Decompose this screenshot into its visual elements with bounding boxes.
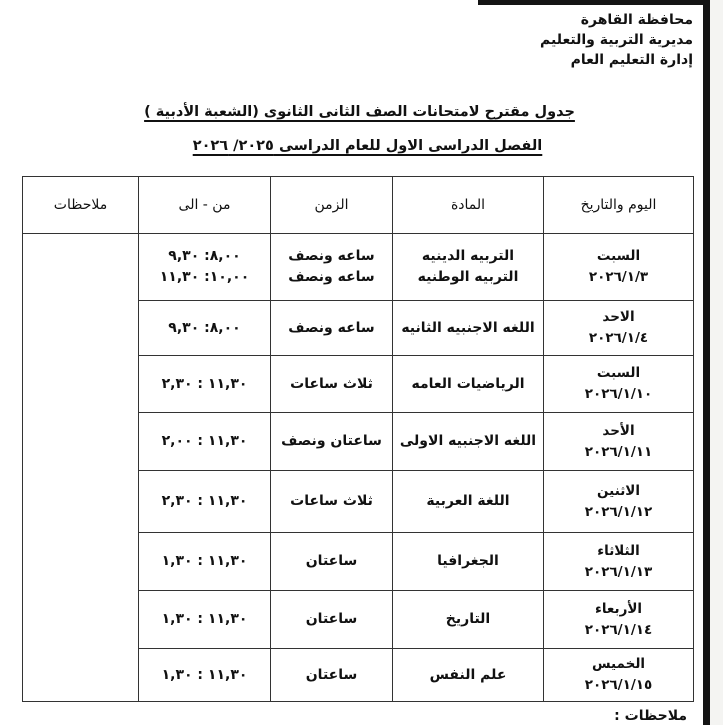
table-header-row: اليوم والتاريخ المادة الزمن من - الى ملا…: [23, 177, 694, 234]
subject-cell: الرياضيات العامه: [393, 356, 544, 413]
time-cell: ١١,٣٠ : ٢,٠٠: [139, 413, 271, 471]
header-notes: ملاحظات: [23, 177, 139, 234]
time-cell: ١١,٣٠ : ٢,٣٠: [139, 471, 271, 533]
day-date-cell: الثلاثاء ٢٠٢٦/١/١٣: [544, 533, 694, 591]
notes-cell: [23, 234, 139, 702]
exam-schedule-table: اليوم والتاريخ المادة الزمن من - الى ملا…: [22, 176, 694, 702]
duration-cell: ثلاث ساعات: [271, 471, 393, 533]
administration-name: إدارة التعليم العام: [540, 50, 693, 70]
day-date-cell: الاثنين ٢٠٢٦/١/١٢: [544, 471, 694, 533]
day-date-cell: السبت ٢٠٢٦/١/١٠: [544, 356, 694, 413]
directorate-name: مديرية التربية والتعليم: [540, 30, 693, 50]
duration-cell: ساعه ونصف: [271, 301, 393, 356]
time-cell: ٨,٠٠: ٩,٣٠: [139, 301, 271, 356]
header-from-to: من - الى: [139, 177, 271, 234]
notes-label: ملاحظات :: [614, 708, 687, 724]
subject-cell: علم النفس: [393, 649, 544, 702]
subject-cell: اللغه الاجنبيه الثانيه: [393, 301, 544, 356]
subject-cell: اللغه الاجنبيه الاولى: [393, 413, 544, 471]
duration-cell: ساعتان: [271, 649, 393, 702]
time-cell: ١١,٣٠ : ١,٣٠: [139, 591, 271, 649]
letterhead: محافظة القاهرة مديرية التربية والتعليم إ…: [540, 10, 693, 70]
duration-cell: ساعه ونصف ساعه ونصف: [271, 234, 393, 301]
header-subject: المادة: [393, 177, 544, 234]
subject-cell: الجغرافيا: [393, 533, 544, 591]
frame-border-top: [478, 0, 710, 5]
day-date-cell: السبت ٢٠٢٦/١/٣: [544, 234, 694, 301]
subject-cell: اللغة العربية: [393, 471, 544, 533]
day-date-cell: الأحد ٢٠٢٦/١/١١: [544, 413, 694, 471]
day-date-cell: الأربعاء ٢٠٢٦/١/١٤: [544, 591, 694, 649]
table-row: السبت ٢٠٢٦/١/٣ التربيه الدينيه التربيه ا…: [23, 234, 694, 301]
document-subtitle: الفصل الدراسى الاول للعام الدراسى ٢٠٢٥/ …: [6, 138, 723, 154]
header-day-date: اليوم والتاريخ: [544, 177, 694, 234]
time-cell: ١١,٣٠ : ٢,٣٠: [139, 356, 271, 413]
duration-cell: ثلاث ساعات: [271, 356, 393, 413]
document-title: جدول مقترح لامتحانات الصف الثانى الثانوى…: [0, 104, 721, 120]
time-cell: ٨,٠٠: ٩,٣٠ ١٠,٠٠: ١١,٣٠: [139, 234, 271, 301]
day-date-cell: الاحد ٢٠٢٦/١/٤: [544, 301, 694, 356]
governorate-name: محافظة القاهرة: [540, 10, 693, 30]
subject-cell: التاريخ: [393, 591, 544, 649]
duration-cell: ساعتان ونصف: [271, 413, 393, 471]
time-cell: ١١,٣٠ : ١,٣٠: [139, 533, 271, 591]
duration-cell: ساعتان: [271, 533, 393, 591]
header-duration: الزمن: [271, 177, 393, 234]
subject-cell: التربيه الدينيه التربيه الوطنيه: [393, 234, 544, 301]
duration-cell: ساعتان: [271, 591, 393, 649]
time-cell: ١١,٣٠ : ١,٣٠: [139, 649, 271, 702]
day-date-cell: الخميس ٢٠٢٦/١/١٥: [544, 649, 694, 702]
